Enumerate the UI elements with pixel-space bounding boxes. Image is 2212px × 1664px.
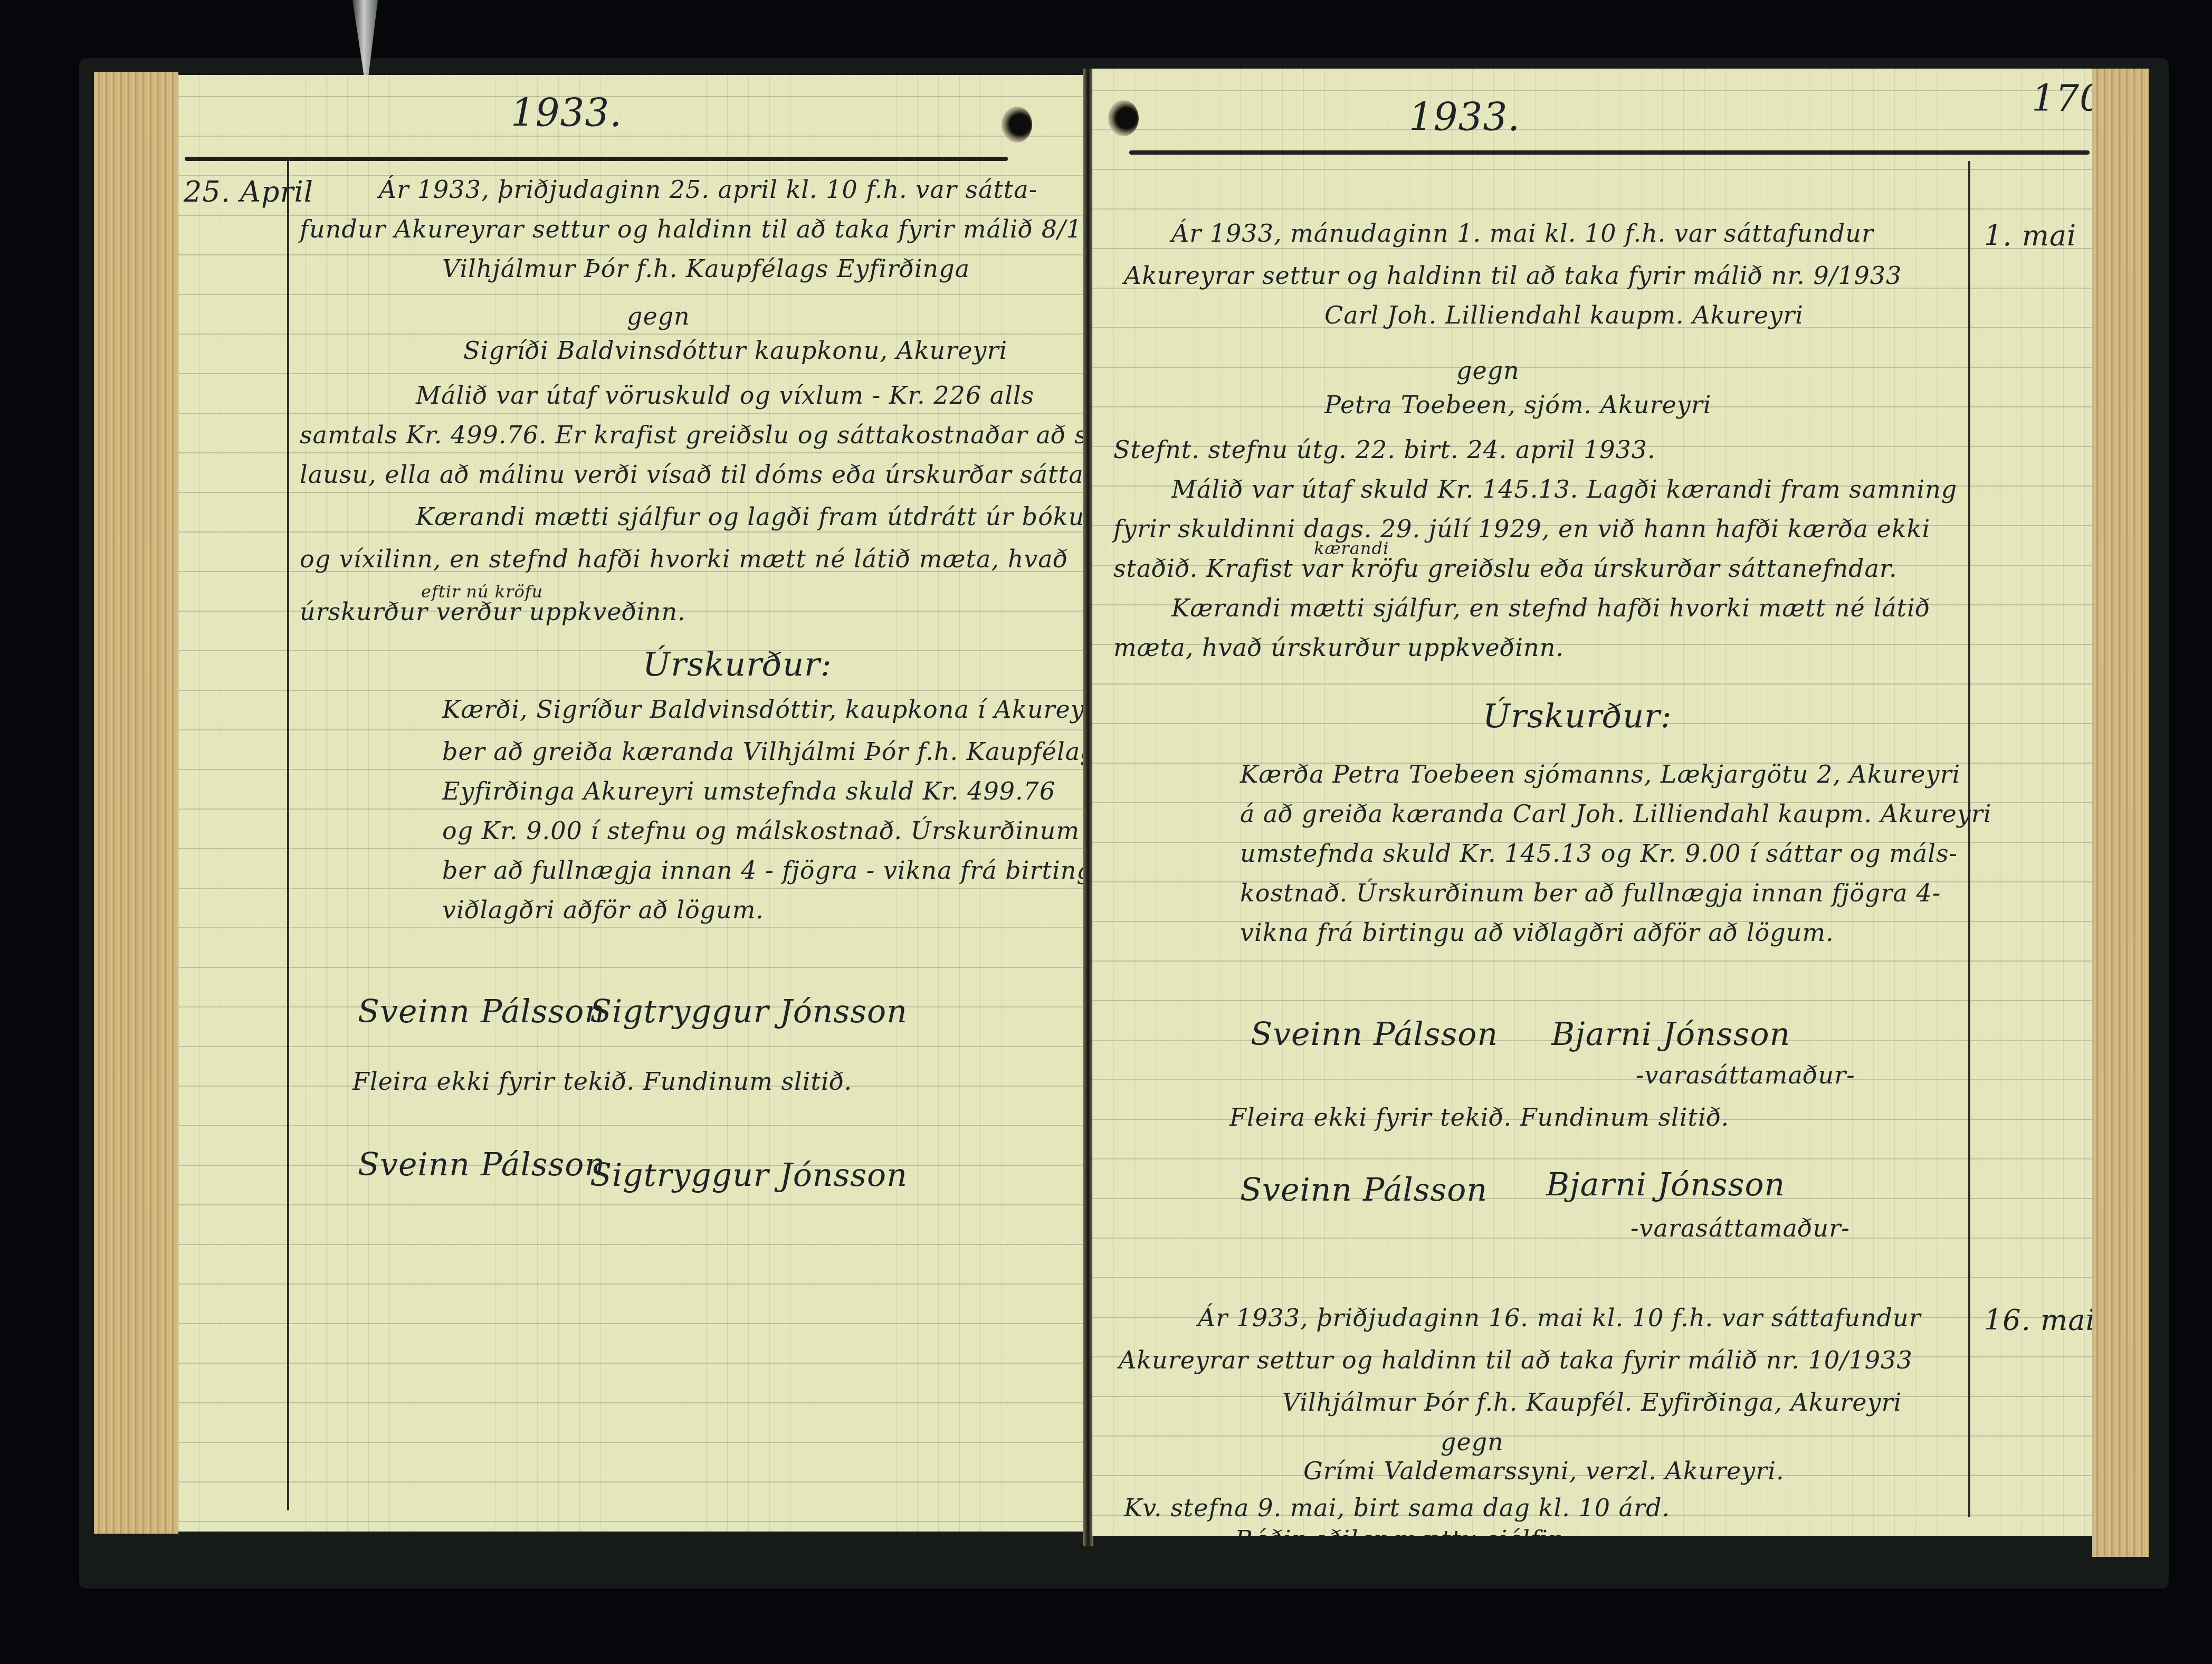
right-page: 1933. 170 1. mai Ár 1933, mánudaginn 1. … xyxy=(1092,69,2092,1536)
entry-line: staðið. Krafist var kröfu greiðslu eða ú… xyxy=(1113,554,1898,583)
entry-line: samtals Kr. 499.76. Er krafist greiðslu … xyxy=(300,421,1087,449)
signature: Bjarni Jónsson xyxy=(1546,1166,1785,1203)
date-margin-line xyxy=(1968,161,1970,1517)
entry-line: Grími Valdemarssyni, verzl. Akureyri. xyxy=(1303,1457,1785,1485)
year-header: 1933. xyxy=(511,91,622,135)
entry-line: lausu, ella að málinu verði vísað til dó… xyxy=(300,460,1087,489)
entry-line: og víxilinn, en stefnd hafði hvorki mætt… xyxy=(300,545,1068,573)
header-rule xyxy=(1129,150,2090,155)
margin-date: 25. April xyxy=(184,175,313,208)
margin-date: 1. mai xyxy=(1984,219,2076,252)
ruling-heading: Úrskurður: xyxy=(643,645,832,683)
entry-line: Vilhjálmur Þór f.h. Kaupfél. Eyfirðinga,… xyxy=(1282,1388,1902,1416)
entry-line: Akureyrar settur og haldinn til að taka … xyxy=(1119,1346,1913,1374)
right-page-edges xyxy=(2092,69,2149,1557)
entry-line: Akureyrar settur og haldinn til að taka … xyxy=(1124,261,1902,290)
ruling-line: ber að fullnægja innan 4 - fjögra - vikn… xyxy=(442,856,1087,885)
entry-line: Vilhjálmur Þór f.h. Kaupfélags Eyfirðing… xyxy=(442,254,970,283)
entry-line: Kv. stefna 9. mai, birt sama dag kl. 10 … xyxy=(1124,1494,1670,1522)
ruling-line: umstefnda skuld Kr. 145.13 og Kr. 9.00 í… xyxy=(1240,839,1958,868)
entry-line: fyrir skuldinni dags. 29. júlí 1929, en … xyxy=(1113,515,1930,543)
ruling-line: Kærði, Sigríður Baldvinsdóttir, kaupkona… xyxy=(442,695,1087,724)
entry-line: Ár 1933, þriðjudaginn 25. april kl. 10 f… xyxy=(379,175,1037,204)
ruling-line: ber að greiða kæranda Vilhjálmi Þór f.h.… xyxy=(442,737,1087,766)
closing-line: Fleira ekki fyrir tekið. Fundinum slitið… xyxy=(352,1067,852,1096)
entry-line: mæta, hvað úrskurður uppkveðinn. xyxy=(1113,633,1564,662)
ruling-line: Eyfirðinga Akureyri umstefnda skuld Kr. … xyxy=(442,777,1055,805)
ruling-line: Kærða Petra Toebeen sjómanns, Lækjargötu… xyxy=(1240,760,1960,788)
ruling-line: á að greiða kæranda Carl Joh. Lilliendah… xyxy=(1240,800,1991,828)
entry-line: fundur Akureyrar settur og haldinn til a… xyxy=(300,215,1087,243)
ruling-heading: Úrskurður: xyxy=(1483,697,1672,735)
entry-line: Ár 1933, mánudaginn 1. mai kl. 10 f.h. v… xyxy=(1171,219,1874,248)
signature: Sveinn Pálsson xyxy=(1251,1016,1498,1053)
signature: Sveinn Pálsson xyxy=(358,1146,605,1183)
entry-line: Ár 1933, þriðjudaginn 16. mai kl. 10 f.h… xyxy=(1198,1304,1921,1332)
entry-line: Carl Joh. Lilliendahl kaupm. Akureyri xyxy=(1324,301,1804,329)
left-page: 1933. 25. April Ár 1933, þriðjudaginn 25… xyxy=(178,75,1087,1532)
margin-date: 16. mai xyxy=(1984,1304,2092,1337)
entry-line: gegn xyxy=(1456,356,1520,385)
entry-line: Kærandi mætti sjálfur og lagði fram útdr… xyxy=(416,502,1087,531)
signature: Sigtryggur Jónsson xyxy=(590,1157,908,1194)
signature-title: -varasáttamaður- xyxy=(1636,1061,1855,1089)
punch-hole xyxy=(1108,100,1139,136)
entry-line: Málið var útaf vöruskuld og víxlum - Kr.… xyxy=(416,381,1034,410)
signature: Bjarni Jónsson xyxy=(1551,1016,1790,1053)
header-rule xyxy=(185,157,1008,161)
entry-line: Báðir aðilar mættu sjálfir. xyxy=(1235,1525,1566,1536)
punch-hole xyxy=(1002,107,1032,142)
entry-line: gegn xyxy=(627,302,690,330)
signature: Sveinn Pálsson xyxy=(1240,1172,1488,1209)
signature-title: -varasáttamaður- xyxy=(1631,1214,1850,1242)
entry-line: Sigríði Baldvinsdóttur kaupkonu, Akureyr… xyxy=(463,336,1007,365)
ruling-line: kostnað. Úrskurðinum ber að fullnægja in… xyxy=(1240,879,1941,907)
signature: Sveinn Pálsson xyxy=(358,993,605,1030)
date-margin-line xyxy=(287,159,289,1510)
entry-line: Málið var útaf skuld Kr. 145.13. Lagði k… xyxy=(1171,475,1957,503)
signature: Sigtryggur Jónsson xyxy=(590,993,908,1030)
page-number: 170 xyxy=(2032,77,2092,120)
year-header: 1933. xyxy=(1409,95,1520,139)
entry-line: Petra Toebeen, sjóm. Akureyri xyxy=(1324,391,1711,419)
ruling-line: viðlagðri aðför að lögum. xyxy=(442,896,764,924)
ruling-line: vikna frá birtingu að viðlagðri aðför að… xyxy=(1240,918,1834,947)
entry-line: Kærandi mætti sjálfur, en stefnd hafði h… xyxy=(1171,594,1930,622)
ruling-line: og Kr. 9.00 í stefnu og málskostnað. Úrs… xyxy=(442,816,1080,845)
closing-line: Fleira ekki fyrir tekið. Fundinum slitið… xyxy=(1229,1103,1729,1131)
left-page-edges xyxy=(94,72,178,1534)
entry-line: gegn xyxy=(1441,1428,1504,1456)
book-gutter xyxy=(1083,69,1093,1546)
entry-line: Stefnt. stefnu útg. 22. birt. 24. april … xyxy=(1113,435,1656,464)
entry-line: úrskurður verður uppkveðinn. xyxy=(300,597,686,626)
